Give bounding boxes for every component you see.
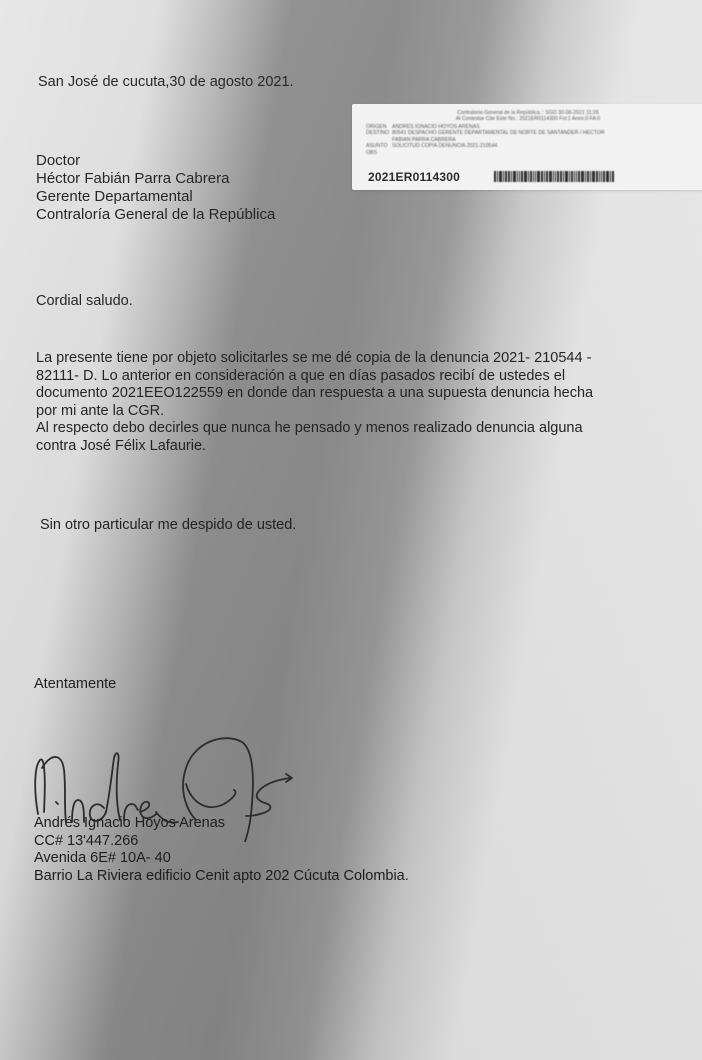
stamp-rows: ORIGENANDRES IGNACIO HOYOS ARENAS DESTIN…: [366, 124, 605, 156]
radicado-number: 2021ER0114300: [368, 170, 460, 184]
sender-address: Avenida 6E# 10A- 40: [34, 850, 409, 868]
body-line: Al respecto debo decirles que nunca he p…: [36, 420, 593, 438]
body-line: por mi ante la CGR.: [36, 403, 593, 421]
addressee-position: Gerente Departamental: [36, 188, 275, 206]
barcode-icon: [494, 171, 652, 182]
body-line: 82111- D. Lo anterior en consideración a…: [36, 368, 593, 386]
greeting: Cordial saludo.: [36, 293, 133, 311]
scanned-letter-page: San José de cucuta,30 de agosto 2021. Co…: [0, 0, 702, 1060]
stamp-header-line: Al Contestar Cite Este No.: 2021ER011430…: [352, 116, 702, 122]
sender-block: Andrés Ignacio Hoyos Arenas CC# 13'447.2…: [34, 815, 409, 885]
body-line: documento 2021EEO122559 en donde dan res…: [36, 385, 593, 403]
addressee-organization: Contraloría General de la República: [36, 206, 275, 224]
date-line: San José de cucuta,30 de agosto 2021.: [38, 74, 294, 92]
addressee-name: Héctor Fabián Parra Cabrera: [36, 170, 275, 188]
receipt-stamp: Contraloria General de la República :: S…: [352, 104, 702, 190]
body-line: contra José Félix Lafaurie.: [36, 438, 593, 456]
sender-neighborhood: Barrio La Riviera edificio Cenit apto 20…: [34, 868, 409, 886]
stamp-header: Contraloria General de la República :: S…: [352, 110, 702, 122]
stamp-row: OBS: [366, 150, 605, 156]
regards: Atentamente: [34, 676, 116, 694]
sender-id: CC# 13'447.266: [34, 833, 409, 851]
sender-name: Andrés Ignacio Hoyos Arenas: [34, 815, 409, 833]
addressee-block: Doctor Héctor Fabián Parra Cabrera Geren…: [36, 152, 275, 224]
closing-line: Sin otro particular me despido de usted.: [40, 517, 296, 535]
addressee-title: Doctor: [36, 152, 275, 170]
body-line: La presente tiene por objeto solicitarle…: [36, 350, 593, 368]
letter-body: La presente tiene por objeto solicitarle…: [36, 350, 593, 455]
